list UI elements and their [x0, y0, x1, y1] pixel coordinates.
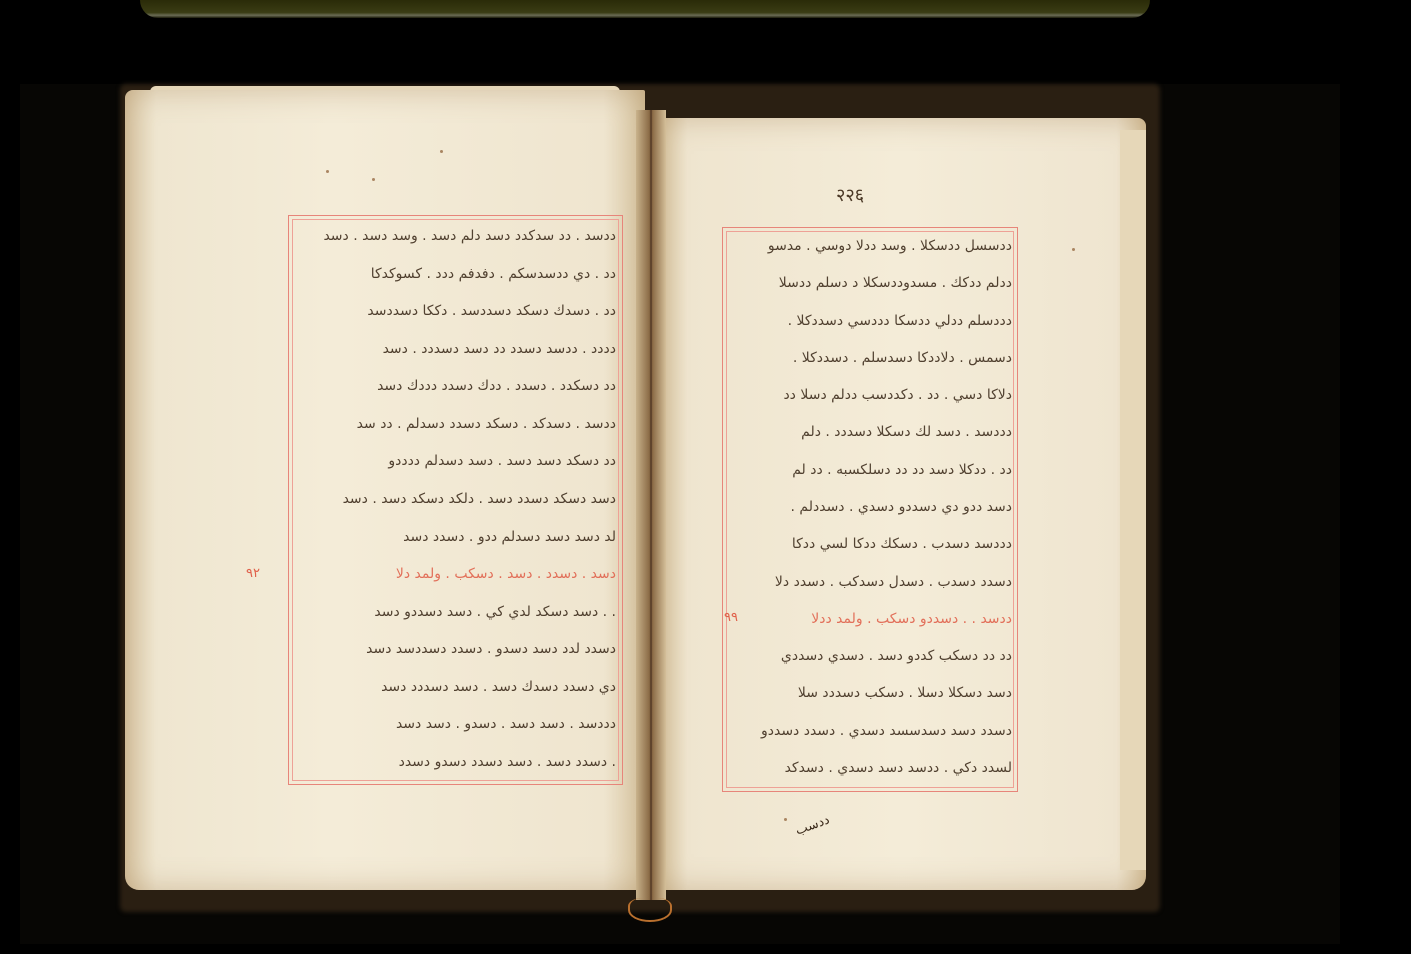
text-line: لد دسد دسد دسدلم ددو . دسدد دسد	[296, 525, 616, 549]
text-line: . . دسد دسكد لدي كي . دسد دسددو دسد	[296, 600, 616, 624]
text-line: دددسد . دسد لك دسكلا دسددد . دلم	[730, 420, 1012, 444]
right-page-edge-stack	[1120, 130, 1146, 870]
book-gutter	[636, 110, 666, 900]
text-line: دد . ددكلا دسد دد دد دسلكسبه . دد لم	[730, 458, 1012, 482]
text-line: دددد . ددسد دسدد دد دسد دسددد . دسد	[296, 337, 616, 361]
text-line: ددلم ددكك . مسدوددسكلا د دسلم ددسلا	[730, 271, 1012, 295]
paper-speck	[326, 170, 329, 173]
text-line: دسدد لدد دسد دسدو . دسدد دسددسد دسد	[296, 637, 616, 661]
text-line: دي دسدد دسدك دسد . دسد دسددد دسد	[296, 675, 616, 699]
paper-speck	[1072, 248, 1075, 251]
right-text-block: ددسسل ددسكلا . وسد ددلا دوسي . مدسوددلم …	[730, 234, 1012, 780]
text-line: ددسد . دسدكد . دسكد دسدد دسدلم . دد سد	[296, 412, 616, 436]
paper-speck	[440, 150, 443, 153]
text-line: دد دسكدد . دسدد . ددك دسدد دددك دسد	[296, 374, 616, 398]
paper-speck	[372, 178, 375, 181]
rubric-line: دسد . دسدد . دسد . دسكب . ولمد دلا	[296, 562, 616, 586]
text-line: دد . دي ددسدسكم . دفدفم ددد . كسوكدكا	[296, 262, 616, 286]
text-line: دد دد دسكب كددو دسد . دسدي دسددي	[730, 644, 1012, 668]
text-line: دددسلم ددلي ددسكا دددسي دسددكلا .	[730, 309, 1012, 333]
text-line: دددسد دسدب . دسكك ددكا لسي ددكا	[730, 532, 1012, 556]
top-viewer-bar	[140, 0, 1150, 18]
left-text-block: ددسد . دد سدكدد دسد دلم دسد . وسد دسد . …	[296, 224, 616, 774]
text-line: دسد دسكد دسدد دسد . دلكد دسكد دسد . دسد	[296, 487, 616, 511]
text-line: . دسدد دسد . دسد دسدد دسدو دسدد	[296, 750, 616, 774]
rubric-line: ددسد . . دسددو دسكب . ولمد ددلا	[730, 607, 1012, 631]
text-line: دسد ددو دي دسددو دسدي . دسددلم .	[730, 495, 1012, 519]
text-line: دد . دسدك دسكد دسددسد . دككا دسددسد	[296, 299, 616, 323]
text-line: دسدد دسد دسدسسد دسدي . دسدد دسددو	[730, 719, 1012, 743]
left-margin-note: ٩٢	[246, 566, 260, 581]
page-number: २२६	[836, 183, 864, 207]
text-line: دددسد . دسد دسد . دسدو . دسد دسد	[296, 712, 616, 736]
right-margin-note: ٩٩	[724, 610, 738, 625]
text-line: ددسسل ددسكلا . وسد ددلا دوسي . مدسو	[730, 234, 1012, 258]
binding-thread	[628, 898, 672, 922]
paper-speck	[784, 818, 787, 821]
text-line: دسمس . دلاددكا دسدسلم . دسددكلا .	[730, 346, 1012, 370]
text-line: ددسد . دد سدكدد دسد دلم دسد . وسد دسد . …	[296, 224, 616, 248]
text-line: دسد دسكلا دسلا . دسكب دسددد سلا	[730, 681, 1012, 705]
text-line: دد دسكد دسد دسد . دسد دسدلم ددددو	[296, 449, 616, 473]
text-line: دلاكا دسي . دد . دكددسب ددلم دسلا دد	[730, 383, 1012, 407]
text-line: لسدد دكي . ددسد دسد دسدي . دسدكد	[730, 756, 1012, 780]
text-line: دسدد دسدب . دسدل دسدكب . دسدد دلا	[730, 570, 1012, 594]
